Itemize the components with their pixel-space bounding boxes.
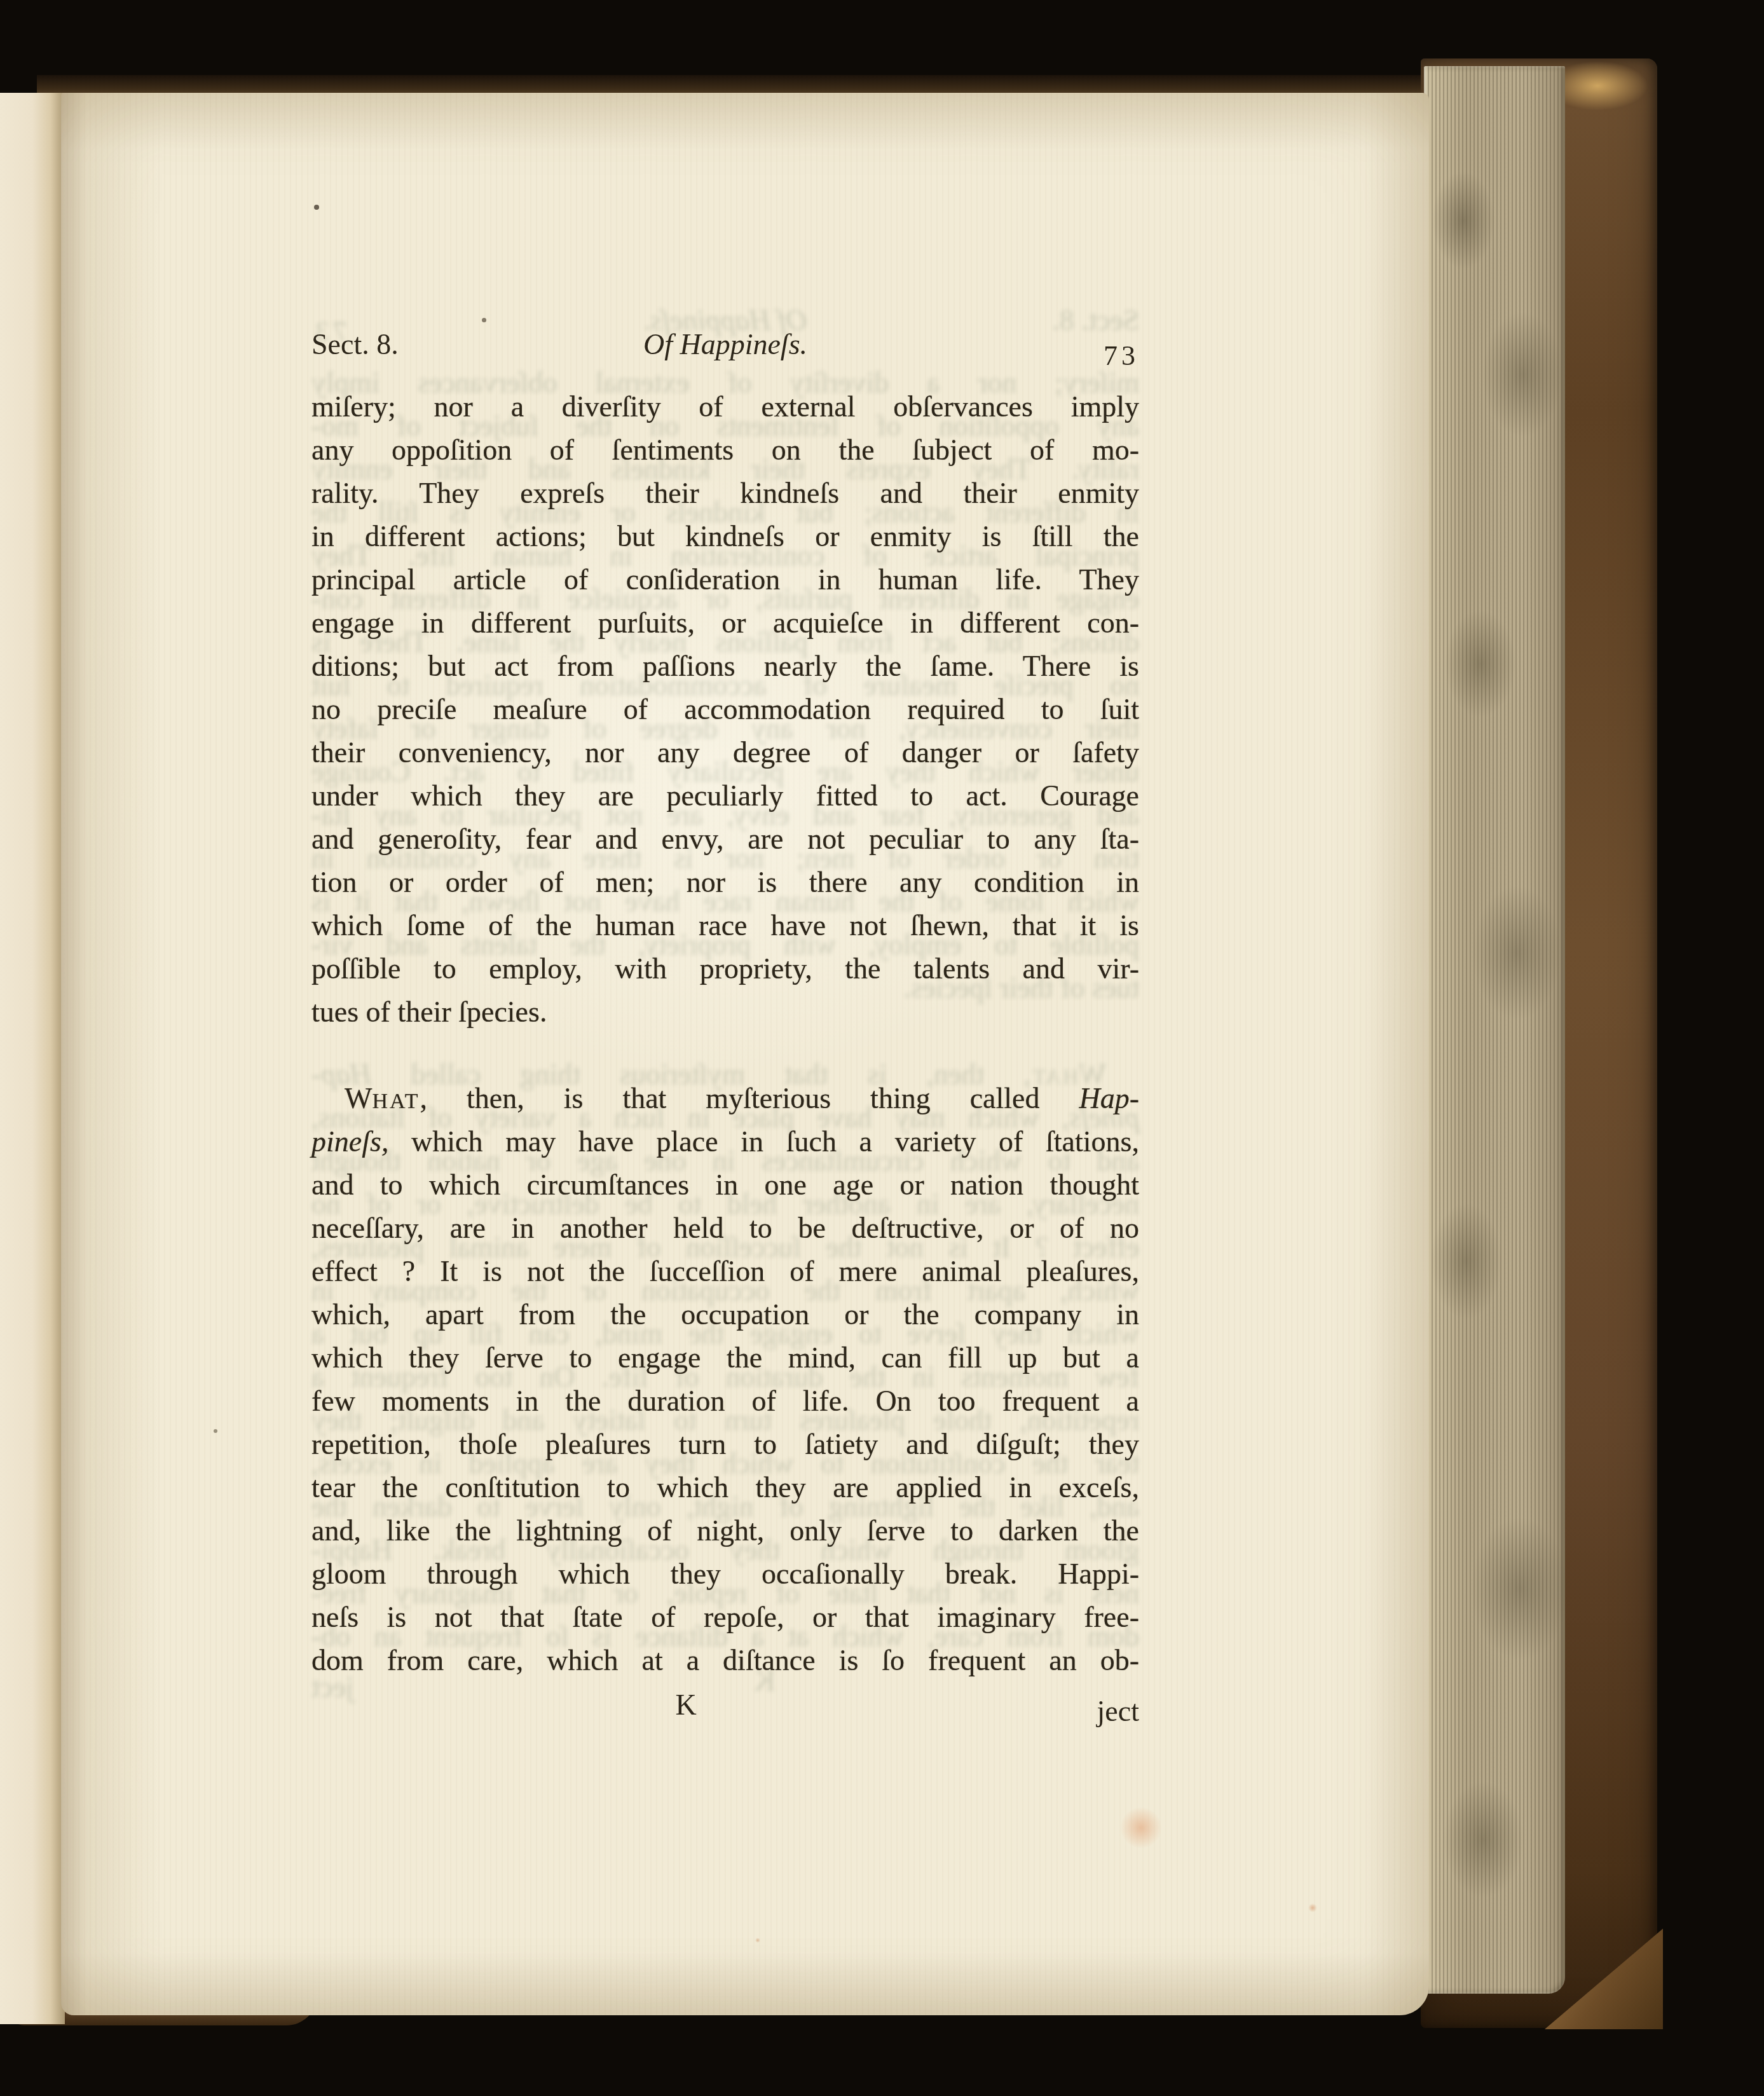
text-segment: W	[345, 1082, 372, 1114]
text-segment: any oppoſition of ſentiments on the ſubj…	[311, 434, 1139, 466]
text-segment: HAT	[372, 1090, 420, 1113]
section-label: Sect. 8.	[311, 323, 515, 366]
text-segment: engage in different purſuits, or acquieſ…	[311, 606, 1139, 639]
text-segment: miſery; nor a diverſity of external obſe…	[311, 390, 1139, 423]
text-segment: effect ? It is not the ſucceſſion of mer…	[311, 1255, 1139, 1287]
text-line: their conveniency, nor any degree of dan…	[311, 731, 1139, 774]
ink-speck	[314, 205, 319, 210]
text-segment: in different actions; but kindneſs or en…	[311, 520, 1139, 552]
text-line: pineſs, which may have place in ſuch a v…	[311, 1120, 1139, 1163]
text-segment: dom from care, which at a diſtance is ſo…	[311, 1644, 1139, 1676]
text-segment: gloom through which they occaſionally br…	[311, 1558, 1139, 1590]
text-line: poſſible to employ, with propriety, the …	[311, 947, 1139, 990]
text-segment: neſs is not that ſtate of repoſe, or tha…	[311, 1601, 1139, 1633]
text-segment: few moments in the duration of life. On …	[311, 1385, 1139, 1417]
foxing-spot	[755, 1938, 760, 1943]
text-line: dom from care, which at a diſtance is ſo…	[311, 1639, 1139, 1682]
text-line: tear the conſtitution to which they are …	[311, 1466, 1139, 1509]
text-line: WHAT, then, is that myſterious thing cal…	[311, 1077, 1139, 1120]
text-line: effect ? It is not the ſucceſſion of mer…	[311, 1250, 1139, 1293]
catchword: ject	[1097, 1690, 1139, 1733]
body-paragraphs: miſery; nor a diverſity of external obſe…	[311, 385, 1139, 1682]
paragraph: WHAT, then, is that myſterious thing cal…	[311, 1077, 1139, 1682]
text-line: engage in different purſuits, or acquieſ…	[311, 601, 1139, 645]
facing-page-edge	[0, 93, 65, 2024]
text-line: any oppoſition of ſentiments on the ſubj…	[311, 428, 1139, 472]
ink-speck	[482, 318, 486, 322]
signature-mark: K	[272, 1683, 1100, 1727]
paragraph: miſery; nor a diverſity of external obſe…	[311, 385, 1139, 1034]
text-segment: which, apart from the occupation or the …	[311, 1298, 1139, 1331]
foxing-spot	[1308, 1903, 1317, 1912]
foxing-spot	[1120, 1807, 1162, 1849]
page-text: Sect. 8. Of Happineſs. 73 miſery; nor a …	[311, 323, 1139, 1727]
text-segment: pineſs,	[311, 1125, 388, 1158]
text-segment: Hap-	[1079, 1082, 1139, 1114]
text-segment: neceſſary, are in another held to be deſ…	[311, 1212, 1139, 1244]
text-segment: poſſible to employ, with propriety, the …	[311, 952, 1139, 985]
text-segment: , then, is that myſterious thing called	[420, 1082, 1079, 1114]
text-line: tues of their ſpecies.	[311, 990, 1139, 1034]
text-line: and generoſity, fear and envy, are not p…	[311, 818, 1139, 861]
text-line: and, like the lightning of night, only ſ…	[311, 1509, 1139, 1552]
text-segment: tues of their ſpecies.	[311, 996, 547, 1028]
text-segment: principal article of conſideration in hu…	[311, 563, 1139, 596]
text-segment: tear the conſtitution to which they are …	[311, 1471, 1139, 1504]
page-fore-edge	[1424, 66, 1565, 1994]
text-segment: ditions; but act from paſſions nearly th…	[311, 650, 1139, 682]
text-line: principal article of conſideration in hu…	[311, 558, 1139, 601]
text-line: repetition, thoſe pleaſures turn to ſati…	[311, 1423, 1139, 1466]
text-line: and to which circumſtances in one age or…	[311, 1163, 1139, 1207]
text-segment: and, like the lightning of night, only ſ…	[311, 1514, 1139, 1547]
text-line: in different actions; but kindneſs or en…	[311, 515, 1139, 558]
text-segment: tion or order of men; nor is there any c…	[311, 866, 1139, 898]
text-segment: which may have place in ſuch a variety o…	[388, 1125, 1139, 1158]
text-line: no preciſe meaſure of accommodation requ…	[311, 688, 1139, 731]
text-segment: rality. They expreſs their kindneſs and …	[311, 477, 1139, 509]
ink-speck	[214, 1429, 217, 1433]
text-segment: no preciſe meaſure of accommodation requ…	[311, 693, 1139, 725]
text-line: neſs is not that ſtate of repoſe, or tha…	[311, 1596, 1139, 1639]
text-line: rality. They expreſs their kindneſs and …	[311, 472, 1139, 515]
text-segment: which ſome of the human race have not ſh…	[311, 909, 1139, 942]
text-segment: which they ſerve to engage the mind, can…	[311, 1341, 1139, 1374]
text-segment: and to which circumſtances in one age or…	[311, 1168, 1139, 1201]
text-line: neceſſary, are in another held to be deſ…	[311, 1207, 1139, 1250]
text-line: which ſome of the human race have not ſh…	[311, 904, 1139, 947]
page-number: 73	[936, 334, 1139, 366]
running-header: Sect. 8. Of Happineſs. 73	[311, 323, 1139, 366]
text-segment: under which they are peculiarly fitted t…	[311, 779, 1139, 812]
text-line: under which they are peculiarly fitted t…	[311, 774, 1139, 818]
footer-line: K ject	[311, 1683, 1139, 1727]
page-title: Of Happineſs.	[515, 323, 936, 366]
text-line: which they ſerve to engage the mind, can…	[311, 1336, 1139, 1380]
text-line: few moments in the duration of life. On …	[311, 1380, 1139, 1423]
text-line: ditions; but act from paſſions nearly th…	[311, 645, 1139, 688]
text-line: gloom through which they occaſionally br…	[311, 1552, 1139, 1596]
text-segment: repetition, thoſe pleaſures turn to ſati…	[311, 1428, 1139, 1460]
text-line: tion or order of men; nor is there any c…	[311, 861, 1139, 904]
text-segment: their conveniency, nor any degree of dan…	[311, 736, 1139, 769]
text-line: miſery; nor a diverſity of external obſe…	[311, 385, 1139, 428]
book-photograph: Sect. 8. Of Happineſs. 73 miſery; nor a …	[0, 0, 1764, 2096]
text-line: which, apart from the occupation or the …	[311, 1293, 1139, 1336]
text-segment: and generoſity, fear and envy, are not p…	[311, 823, 1139, 855]
